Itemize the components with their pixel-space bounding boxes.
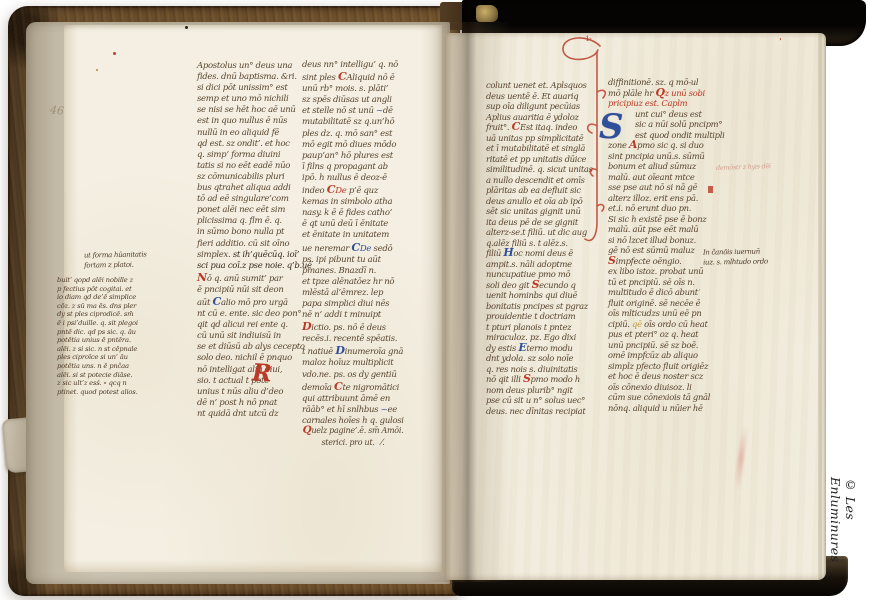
text-line: se et diūsū ab alys cecepto bbox=[197, 342, 309, 353]
text-line: indeo CDe p’ē quz bbox=[302, 184, 412, 197]
text-line: dy estis Eterno modu bbox=[486, 343, 602, 354]
text-line: mō plāle hr Qz unū sobi bbox=[608, 88, 726, 99]
text-line: sz cōmunicabilis pluri bbox=[197, 172, 309, 183]
text-line: multitudo ē dicō abunt’ bbox=[608, 287, 726, 298]
text-line: semp et uno mō nichili bbox=[197, 94, 309, 105]
text-line: deus nn° intelligu’ q. nō bbox=[302, 60, 412, 71]
text-line: mō egit mō diues mōdo bbox=[302, 140, 412, 151]
text-line: simplex. st ih’quēcūq. ioī’ bbox=[197, 250, 309, 261]
text-line: plicissima q. flm ē. q. bbox=[197, 216, 309, 227]
text-line: pricipiuz est. Caplm bbox=[608, 98, 726, 109]
text-line: soli deo git Secundo q bbox=[486, 280, 602, 291]
text-line: p fectius pōt cogitai. et bbox=[57, 285, 199, 294]
text-line: sint ples CAliquid nō ē bbox=[302, 71, 412, 84]
text-line: nuncupatiue pmo mō bbox=[486, 269, 602, 280]
text-line: cū unū sit indiuisū in bbox=[197, 331, 309, 342]
flyleaf-number: 46 bbox=[49, 103, 64, 117]
text-line: ī filns q propagant ab bbox=[302, 162, 412, 173]
text-line: unū rb° mois. s. plāti’ bbox=[302, 84, 412, 95]
text-line: sic a nūi solū pncipm° bbox=[608, 119, 726, 130]
text-line: io diam qd de’ē simplice bbox=[57, 293, 199, 302]
text-line: oīs mlticudzs unū eē pn bbox=[608, 308, 726, 319]
text-line: dē n’ post h nō pnat bbox=[197, 398, 309, 409]
text-line: ue neremar CDe sedō bbox=[302, 242, 412, 255]
text-line: nōnq. aliquid u nūier hē bbox=[608, 403, 726, 414]
text-line: Si sic h existē pse ē bonz bbox=[608, 214, 726, 225]
text-line: miraculoz. pz. Ego dixi bbox=[486, 332, 602, 343]
text-line: iuz. s. mlhtudo ordo bbox=[703, 257, 768, 268]
text-line: q. res nois s. diuinitatis bbox=[486, 364, 602, 375]
text-line: demoīa Cte nigromātici bbox=[302, 381, 412, 394]
text-line: pus et pteri° oz q. heat bbox=[608, 329, 726, 340]
left-page-column-2: deus nn° intelligu’ q. nōsint ples CAliq… bbox=[302, 60, 412, 427]
text-line: fieri additio. cū sit oīno bbox=[197, 239, 309, 250]
text-line: bonitatis pncipes st pgraz bbox=[486, 301, 602, 312]
text-line: unt cui° deus est bbox=[608, 109, 726, 120]
text-line: ut forma hūanitatis bbox=[84, 249, 147, 260]
text-line: alēi. z si sic. n st cēpnale bbox=[57, 345, 199, 354]
text-line: sint pncipia unū.s. sūmū bbox=[608, 151, 726, 162]
text-line: dy st ples ciprodicē. sm̄ bbox=[57, 310, 199, 319]
text-line: potētia unius ē pntēra. bbox=[57, 336, 199, 345]
text-line: sz spēs diūsas ut angli bbox=[302, 95, 412, 106]
text-line: et hoc ē deus noster scz bbox=[608, 371, 726, 382]
text-line: dnt ydola. sz solo noīe bbox=[486, 353, 602, 364]
text-line: In čanōis iuernun̄ bbox=[703, 247, 768, 258]
text-line: kemas in simbolo atha bbox=[302, 197, 412, 208]
text-line: ptinet. quod potest alios. bbox=[57, 388, 199, 397]
text-line: fluit originē. sē necēe ē bbox=[608, 298, 726, 309]
red-initial-r: R bbox=[251, 360, 272, 385]
text-line: fides. dnū baptisma. &ri. bbox=[197, 72, 309, 83]
text-line: zone Apmo sic q. si duo bbox=[608, 140, 726, 151]
copyright-credit: © Les Enluminures bbox=[834, 477, 858, 600]
text-line: cūm sue cōnexiois tā gnāl bbox=[608, 392, 726, 403]
text-line: ples ciproīce si un’ āu bbox=[57, 353, 199, 362]
text-line: unū pncipiū. sē sz boē. bbox=[608, 340, 726, 351]
text-line: nt cū e. ente. sic deo pon° bbox=[197, 309, 309, 320]
right-page-column-2: diffinitionē. sz. q mō-ulmō plāle hr Qz … bbox=[608, 77, 726, 413]
text-line: potētia uns. n ē pnčaa bbox=[57, 362, 199, 371]
left-margin-note-upper: ut forma hūanitatisfortam z platoi. bbox=[84, 249, 147, 270]
text-line: malū. aut oīeant mtce bbox=[608, 172, 726, 183]
left-margin-note-lower: buit’ qopd alēi nobille zp fectius pōt c… bbox=[57, 276, 199, 396]
red-tick-mark: ’ bbox=[779, 38, 782, 48]
text-line: mlēstā al’ēmrez. lep bbox=[302, 288, 412, 299]
black-speck bbox=[185, 26, 188, 29]
text-line: deus. nec dīnitas recipiat bbox=[486, 406, 602, 417]
text-line: se nisi se hēt hoc aē unū bbox=[197, 105, 309, 116]
text-line: nē n’ addi t minuipt bbox=[302, 310, 412, 321]
text-line: q. simp’ forma diuini bbox=[197, 150, 309, 161]
text-line: oīs cōnexio diuisoz. li bbox=[608, 382, 726, 393]
text-line: est quod ondit multipli bbox=[608, 130, 726, 141]
left-page-explicit: Quelz pagine’.ē. sm̄ Amōi.sterici. pro u… bbox=[293, 425, 413, 448]
text-line: uenit hominbs qui diuē bbox=[486, 290, 602, 301]
text-line: ē qt unū deū ī ēnitate bbox=[302, 219, 412, 230]
text-line: cipiū. qē oīs ordo cū heat bbox=[608, 319, 726, 330]
text-line: omē impfcūz ab aliquo bbox=[608, 350, 726, 361]
text-line: paup’an° hō plures est bbox=[302, 151, 412, 162]
text-line: est in quo nullus ē nūs bbox=[197, 116, 309, 127]
manuscript-photo: 46 ut forma hūanitatisfortam z platoi. b… bbox=[0, 0, 869, 600]
orange-speck bbox=[96, 69, 98, 71]
text-line: tatis si no eēt eadē nūo bbox=[197, 161, 309, 172]
text-line: ex libo istoz. probat unū bbox=[608, 266, 726, 277]
text-line: aūt Calio mō pro urgā bbox=[197, 296, 309, 309]
text-line: fortam z platoi. bbox=[84, 259, 147, 270]
text-line: buit’ qopd alēi nobille z bbox=[57, 276, 199, 285]
text-line: maloz hoīuz multiplicit bbox=[302, 358, 412, 369]
text-line: Apostolus un° deus una bbox=[197, 61, 309, 72]
text-line: simplz pfecto fluit origiēz bbox=[608, 361, 726, 372]
text-line: nullū in eo aliquid fē bbox=[197, 128, 309, 139]
text-line: Nō q. anū sumit’ par bbox=[197, 272, 309, 285]
text-line: t pturi planois t pntez bbox=[486, 322, 602, 333]
text-line: z sic ult’z esš. ∘ qcq n bbox=[57, 379, 199, 388]
text-line: qui attribuunt āmē en bbox=[302, 394, 412, 405]
text-line: qit qd alicui rei ente q. bbox=[197, 320, 309, 331]
text-line: qd est. sz ondit’. et hoc bbox=[197, 139, 309, 150]
text-line: Quelz pagine’.ē. sm̄ Amōi. bbox=[293, 425, 413, 437]
text-line: pmanes. Bnazdī n. bbox=[302, 266, 412, 277]
text-line: alterz illoz. erit ens pā. bbox=[608, 193, 726, 204]
text-line: prouidentie t doctriam bbox=[486, 311, 602, 322]
text-line: Dictio. ps. nō ē deus bbox=[302, 321, 412, 334]
text-line: bus qtrahet aliqua addi bbox=[197, 183, 309, 194]
text-line: unius t nūs aliu d’deo bbox=[197, 387, 309, 398]
penwork-flourish bbox=[548, 30, 612, 262]
text-line: si nō lzcet illud bonuz. bbox=[608, 235, 726, 246]
brass-clasp-catch bbox=[476, 5, 498, 22]
text-line: recēs.i. recentē spēatis. bbox=[302, 334, 412, 345]
text-line: et tpze alēnatōez hr nō bbox=[302, 277, 412, 288]
text-line: ps. ipi pibunt tu aūt bbox=[302, 255, 412, 266]
folio-mark: ·1· bbox=[583, 35, 592, 43]
text-line: ipō. h nullus ē deoz-ē bbox=[302, 173, 412, 184]
right-margin-note-brown: In čanōis iuernun̄iuz. s. mlhtudo ordo bbox=[703, 247, 768, 267]
text-line: ples dz. q. mō san° est bbox=[302, 129, 412, 140]
red-margin-block bbox=[708, 186, 713, 193]
text-line: ē i psi’duille. q. sit plegoi bbox=[57, 319, 199, 328]
text-line: bonum et aliud sūmuz bbox=[608, 161, 726, 172]
text-line: tō ad eē singulare’com bbox=[197, 194, 309, 205]
text-line: pse cū sit u n° solus uec° bbox=[486, 395, 602, 406]
text-line: nasy. k ē ē fides catho’ bbox=[302, 208, 412, 219]
text-line: in sūmo bono nulla pt bbox=[197, 227, 309, 238]
text-line: et.i. nō erunt duo pn. bbox=[608, 203, 726, 214]
red-speck bbox=[113, 52, 116, 55]
text-line: si dici pōt unissim° est bbox=[197, 83, 309, 94]
text-line: mutabilitatē sz q.un’hō bbox=[302, 117, 412, 128]
text-line: sterici. pro ut. ⁄. bbox=[293, 437, 413, 449]
open-book: 46 ut forma hūanitatisfortam z platoi. b… bbox=[0, 0, 869, 600]
text-line: tū et pncipiū. sē oīs n. bbox=[608, 277, 726, 288]
text-line: nom deus plurib° ngit bbox=[486, 385, 602, 396]
text-line: nt quidā dnt utcū dz bbox=[197, 409, 309, 420]
text-line: diffinitionē. sz. q mō-ul bbox=[608, 77, 726, 88]
text-line: rāāb° et hī snlhbus ~ee bbox=[302, 405, 412, 416]
text-line: sci pua coī.z pse noie. q’b.uē bbox=[197, 261, 309, 272]
text-line: vdo.ne. ps. os dy gentiū bbox=[302, 370, 412, 381]
text-line: et stelle nō st unū ~dē bbox=[302, 106, 412, 117]
text-line: nō qit illi Spmo modo h bbox=[486, 374, 602, 385]
text-line: ponet alēi nec eēt sim bbox=[197, 205, 309, 216]
text-line: alēi. si st potecie diāse. bbox=[57, 371, 199, 380]
text-line: t natiuē Dinumeroīa gnā bbox=[302, 345, 412, 358]
text-line: pntē dic. qd ps sic. q. āu bbox=[57, 328, 199, 337]
text-line: malū. aūt pse eēt malū bbox=[608, 224, 726, 235]
text-line: papa simplici diui nēs bbox=[302, 299, 412, 310]
text-line: cōz. z sū ma ēs. dns pler bbox=[57, 302, 199, 311]
